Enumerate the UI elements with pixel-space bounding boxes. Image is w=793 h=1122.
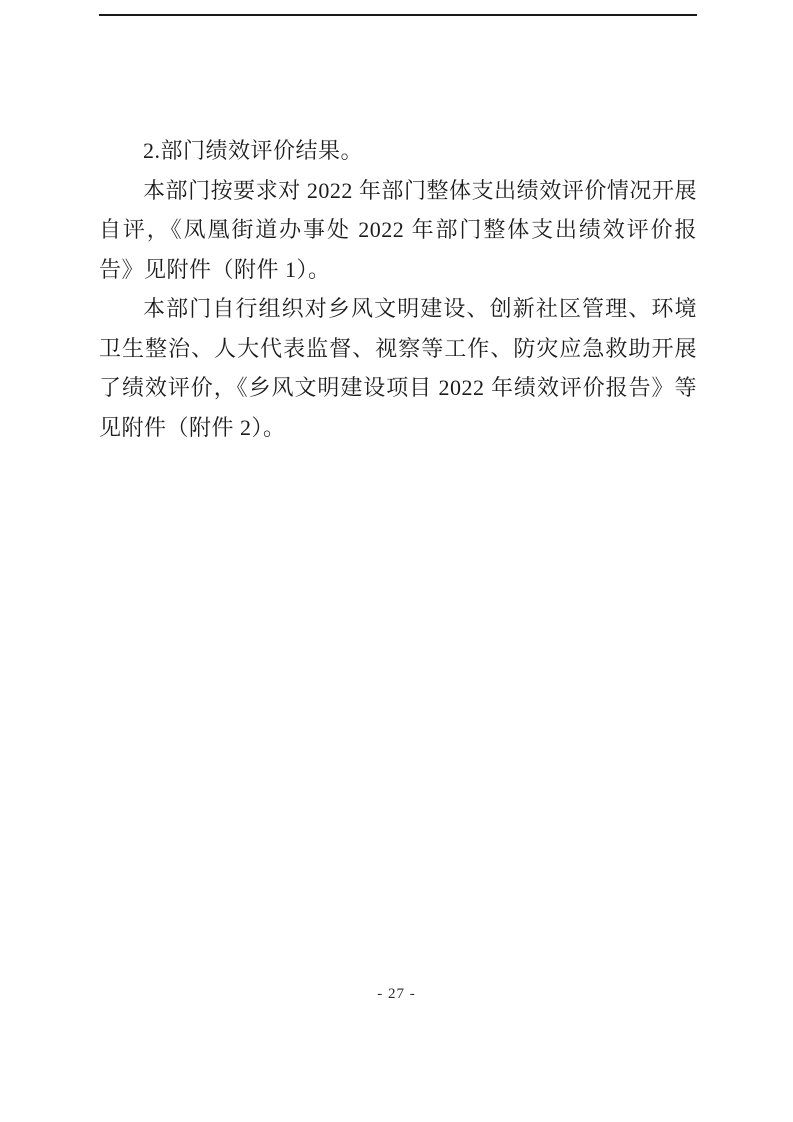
section-heading: 2.部门绩效评价结果。	[99, 131, 697, 171]
document-page: 2.部门绩效评价结果。 本部门按要求对 2022 年部门整体支出绩效评价情况开展…	[0, 0, 793, 1122]
paragraph-self-evaluation: 本部门按要求对 2022 年部门整体支出绩效评价情况开展自评，《凤凰街道办事处 …	[99, 171, 697, 290]
paragraph-project-evaluation: 本部门自行组织对乡风文明建设、创新社区管理、环境卫生整治、人大代表监督、视察等工…	[99, 289, 697, 447]
page-number: - 27 -	[0, 986, 793, 1003]
document-body: 2.部门绩效评价结果。 本部门按要求对 2022 年部门整体支出绩效评价情况开展…	[99, 131, 697, 447]
header-divider-rule	[99, 14, 697, 16]
section-heading-text: 2.部门绩效评价结果。	[143, 138, 363, 163]
